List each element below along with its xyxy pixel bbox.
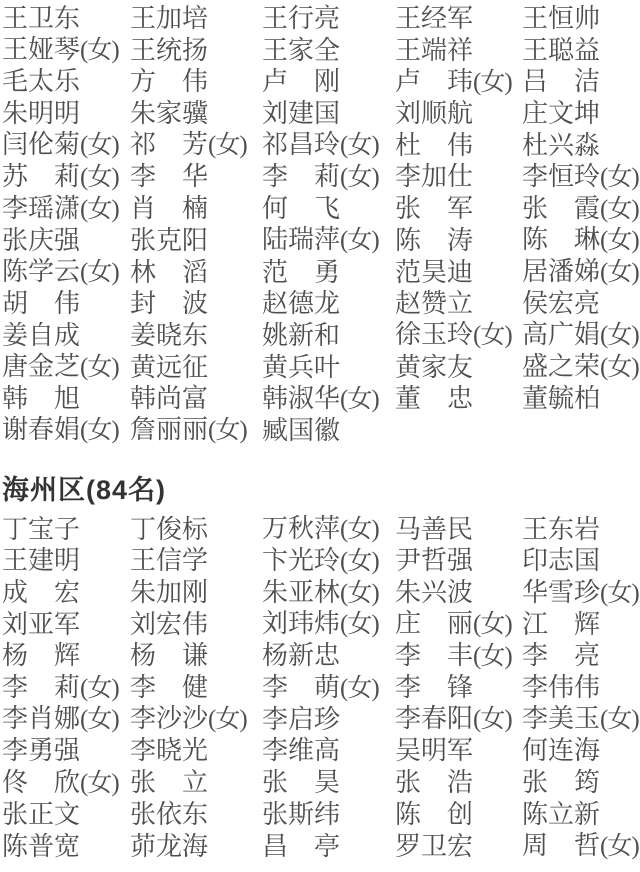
person-name: 何 飞 [262, 193, 340, 225]
person-name: 姚新和 [262, 320, 340, 352]
female-suffix: (女) [600, 196, 639, 223]
name-cell: 李 萌(女) [262, 672, 395, 705]
person-name: 李晓光 [130, 735, 208, 767]
person-name: 臧国徽 [262, 415, 340, 447]
female-suffix: (女) [208, 706, 247, 733]
person-name: 杜 伟 [395, 130, 473, 162]
person-name: 张 昊 [262, 767, 340, 799]
female-suffix: (女) [80, 675, 119, 702]
person-name: 林 滔 [130, 257, 208, 289]
name-cell: 韩淑华(女) [262, 383, 395, 416]
person-name: 王加培 [130, 3, 208, 35]
person-name: 李勇强 [2, 735, 80, 767]
name-cell: 李启珍 [262, 704, 395, 736]
person-name: 韩 旭 [2, 383, 80, 415]
name-cell: 盛之荣(女) [522, 351, 640, 384]
name-cell: 陈立新 [522, 799, 640, 831]
name-cell: 林 滔 [130, 257, 262, 289]
person-name: 董 忠 [395, 383, 473, 415]
person-name: 范 勇 [262, 257, 340, 289]
female-suffix: (女) [473, 322, 512, 349]
name-cell: 王娅琴(女) [2, 34, 130, 67]
female-suffix: (女) [208, 132, 247, 159]
person-name: 吕 洁 [522, 66, 600, 98]
female-suffix: (女) [208, 417, 247, 444]
person-name: 王恒帅 [522, 3, 600, 35]
person-name: 周 哲 [522, 830, 600, 862]
name-cell: 朱明明 [2, 98, 130, 130]
person-name: 李 莉 [262, 161, 340, 193]
female-suffix: (女) [473, 611, 512, 638]
person-name: 李伟伟 [522, 672, 600, 704]
person-name: 何连海 [522, 735, 600, 767]
person-name: 王端祥 [395, 35, 473, 67]
person-name: 丁宝子 [2, 514, 80, 546]
name-cell: 王行亮 [262, 3, 395, 35]
name-cell: 黄家友 [395, 352, 522, 384]
female-suffix: (女) [340, 227, 379, 254]
name-cell: 王卫东 [2, 3, 130, 35]
person-name: 詹丽丽 [130, 414, 208, 446]
name-cell: 朱亚林(女) [262, 577, 395, 610]
name-cell: 茆龙海 [130, 831, 262, 863]
name-cell: 王加培 [130, 3, 262, 35]
name-cell: 李 健 [130, 672, 262, 704]
name-cell: 侯宏亮 [522, 288, 640, 320]
person-name: 王信学 [130, 545, 208, 577]
person-name: 张正文 [2, 799, 80, 831]
person-name: 黄远征 [130, 352, 208, 384]
name-cell: 陈普宽 [2, 831, 130, 863]
name-cell: 刘宏伟 [130, 609, 262, 641]
name-cell: 周 哲(女) [522, 830, 640, 863]
person-name: 姜自成 [2, 320, 80, 352]
person-name: 卞光玲 [262, 545, 340, 577]
person-name: 杨 谦 [130, 640, 208, 672]
name-cell: 封 波 [130, 288, 262, 320]
female-suffix: (女) [600, 164, 639, 191]
name-cell: 董毓柏 [522, 383, 640, 415]
name-cell: 何 飞 [262, 193, 395, 225]
female-suffix: (女) [340, 516, 379, 543]
female-suffix: (女) [80, 37, 119, 64]
name-cell: 马善民 [395, 514, 522, 546]
female-suffix: (女) [340, 164, 379, 191]
name-cell: 李沙沙(女) [130, 703, 262, 736]
person-name: 陈 创 [395, 799, 473, 831]
person-name: 韩淑华 [262, 383, 340, 415]
name-cell: 庄文坤 [522, 98, 640, 130]
female-suffix: (女) [600, 580, 639, 607]
person-name: 万秋萍 [262, 513, 340, 545]
name-cell: 高广娟(女) [522, 319, 640, 352]
name-cell: 李恒玲(女) [522, 161, 640, 194]
person-name: 毛太乐 [2, 66, 80, 98]
name-cell: 尹哲强 [395, 545, 522, 577]
name-cell: 佟 欣(女) [2, 767, 130, 800]
name-cell: 杨 辉 [2, 640, 130, 672]
person-name: 朱加刚 [130, 577, 208, 609]
name-cell: 陆瑞萍(女) [262, 224, 395, 257]
person-name: 王家全 [262, 35, 340, 67]
name-cell: 王建明 [2, 545, 130, 577]
person-name: 朱亚林 [262, 577, 340, 609]
name-cell: 陈 琳(女) [522, 224, 640, 257]
person-name: 张 立 [130, 767, 208, 799]
name-cell: 张庆强 [2, 225, 130, 257]
name-cell: 王恒帅 [522, 3, 640, 35]
name-cell: 卢 刚 [262, 66, 395, 98]
name-cell: 李勇强 [2, 735, 130, 767]
person-name: 罗卫宏 [395, 831, 473, 863]
person-name: 刘宏伟 [130, 609, 208, 641]
person-name: 杨新忠 [262, 640, 340, 672]
person-name: 张依东 [130, 799, 208, 831]
person-name: 张 军 [395, 193, 473, 225]
section-heading-haizhou: 海州区(84名) [2, 474, 640, 506]
person-name: 王聪益 [522, 35, 600, 67]
name-cell: 陈 涛 [395, 225, 522, 257]
female-suffix: (女) [80, 417, 119, 444]
person-name: 茆龙海 [130, 831, 208, 863]
person-name: 范昊迪 [395, 257, 473, 289]
name-cell: 卞光玲(女) [262, 545, 395, 578]
person-name: 李 锋 [395, 672, 473, 704]
person-name: 盛之荣 [522, 351, 600, 383]
name-cell: 杜 伟 [395, 130, 522, 162]
name-cell: 胡 伟 [2, 288, 130, 320]
name-cell: 黄远征 [130, 352, 262, 384]
person-name: 李美玉 [522, 703, 600, 735]
name-cell: 肖 楠 [130, 193, 262, 225]
name-cell: 王经军 [395, 3, 522, 35]
name-list-haizhou: 丁宝子丁俊标万秋萍(女)马善民王东岩王建明王信学卞光玲(女)尹哲强印志国成 宏朱… [2, 514, 640, 863]
person-name: 肖 楠 [130, 193, 208, 225]
person-name: 杨 辉 [2, 640, 80, 672]
female-suffix: (女) [80, 164, 119, 191]
name-cell: 祁 芳(女) [130, 129, 262, 162]
name-cell: 朱加刚 [130, 577, 262, 609]
name-cell: 张 昊 [262, 767, 395, 799]
person-name: 刘亚军 [2, 609, 80, 641]
name-cell: 李 莉(女) [262, 161, 395, 194]
person-name: 李 华 [130, 161, 208, 193]
female-suffix: (女) [340, 386, 379, 413]
name-cell: 李瑶潇(女) [2, 193, 130, 226]
person-name: 陈 涛 [395, 225, 473, 257]
name-cell: 李维高 [262, 735, 395, 767]
name-cell: 徐玉玲(女) [395, 319, 522, 352]
person-name: 华雪珍 [522, 577, 600, 609]
name-cell: 范昊迪 [395, 257, 522, 289]
name-cell: 王信学 [130, 545, 262, 577]
person-name: 李肖娜 [2, 703, 80, 735]
name-cell: 李 亮 [522, 640, 640, 672]
female-suffix: (女) [340, 611, 379, 638]
person-name: 徐玉玲 [395, 319, 473, 351]
female-suffix: (女) [600, 706, 639, 733]
name-cell: 朱家骥 [130, 98, 262, 130]
name-cell: 昌 亭 [262, 831, 395, 863]
name-cell: 张正文 [2, 799, 130, 831]
person-name: 侯宏亮 [522, 288, 600, 320]
person-name: 李维高 [262, 735, 340, 767]
person-name: 陈学云 [2, 256, 80, 288]
person-name: 李加仕 [395, 161, 473, 193]
name-cell: 范 勇 [262, 257, 395, 289]
female-suffix: (女) [80, 770, 119, 797]
person-name: 王东岩 [522, 514, 600, 546]
female-suffix: (女) [600, 259, 639, 286]
name-cell: 李加仕 [395, 161, 522, 193]
name-cell: 王东岩 [522, 514, 640, 546]
name-cell: 唐金芝(女) [2, 351, 130, 384]
name-cell: 成 宏 [2, 577, 130, 609]
person-name: 董毓柏 [522, 383, 600, 415]
female-suffix: (女) [80, 196, 119, 223]
name-cell: 李 丰(女) [395, 640, 522, 673]
name-cell: 李晓光 [130, 735, 262, 767]
person-name: 庄 丽 [395, 608, 473, 640]
person-name: 刘顺航 [395, 98, 473, 130]
person-name: 李春阳 [395, 703, 473, 735]
name-cell: 姜晓东 [130, 320, 262, 352]
name-cell: 张 立 [130, 767, 262, 799]
person-name: 陈普宽 [2, 831, 80, 863]
person-name: 张斯纬 [262, 799, 340, 831]
person-name: 张 霞 [522, 193, 600, 225]
name-cell: 张 浩 [395, 767, 522, 799]
person-name: 李恒玲 [522, 161, 600, 193]
person-name: 卢 刚 [262, 66, 340, 98]
name-cell: 赵赞立 [395, 288, 522, 320]
person-name: 王娅琴 [2, 34, 80, 66]
name-cell: 吴明军 [395, 735, 522, 767]
person-name: 王建明 [2, 545, 80, 577]
name-cell: 刘顺航 [395, 98, 522, 130]
female-suffix: (女) [473, 643, 512, 670]
name-cell: 王家全 [262, 35, 395, 67]
name-cell: 黄兵叶 [262, 352, 395, 384]
name-cell: 刘亚军 [2, 609, 130, 641]
name-cell: 印志国 [522, 545, 640, 577]
name-cell: 张克阳 [130, 225, 262, 257]
person-name: 卢 玮 [395, 66, 473, 98]
person-name: 陈立新 [522, 799, 600, 831]
name-cell: 李美玉(女) [522, 703, 640, 736]
female-suffix: (女) [600, 227, 639, 254]
person-name: 张 浩 [395, 767, 473, 799]
person-name: 黄兵叶 [262, 352, 340, 384]
person-name: 刘建国 [262, 98, 340, 130]
name-cell: 张 军 [395, 193, 522, 225]
name-cell: 杜兴淼 [522, 130, 640, 162]
name-cell: 李肖娜(女) [2, 703, 130, 736]
name-cell: 卢 玮(女) [395, 66, 522, 99]
person-name: 方 伟 [130, 66, 208, 98]
person-name: 封 波 [130, 288, 208, 320]
name-cell: 丁俊标 [130, 514, 262, 546]
female-suffix: (女) [340, 548, 379, 575]
name-cell: 万秋萍(女) [262, 513, 395, 546]
name-cell: 陈 创 [395, 799, 522, 831]
name-cell: 韩尚富 [130, 383, 262, 415]
name-cell: 张依东 [130, 799, 262, 831]
person-name: 张 筠 [522, 767, 600, 799]
person-name: 祁 芳 [130, 129, 208, 161]
person-name: 赵赞立 [395, 288, 473, 320]
name-cell: 王统扬 [130, 35, 262, 67]
person-name: 祁昌玲 [262, 129, 340, 161]
name-cell: 李 莉(女) [2, 672, 130, 705]
name-cell: 李 锋 [395, 672, 522, 704]
person-name: 黄家友 [395, 352, 473, 384]
name-cell: 毛太乐 [2, 66, 130, 98]
person-name: 尹哲强 [395, 545, 473, 577]
name-cell: 张 筠 [522, 767, 640, 799]
name-cell: 罗卫宏 [395, 831, 522, 863]
person-name: 李 萌 [262, 672, 340, 704]
name-list-continued: 王卫东王加培王行亮王经军王恒帅王娅琴(女)王统扬王家全王端祥王聪益毛太乐方 伟卢… [2, 3, 640, 447]
name-cell: 陈学云(女) [2, 256, 130, 289]
person-name: 苏 莉 [2, 161, 80, 193]
person-name: 吴明军 [395, 735, 473, 767]
name-cell: 李春阳(女) [395, 703, 522, 736]
person-name: 李 健 [130, 672, 208, 704]
person-name: 高广娟 [522, 319, 600, 351]
name-cell: 李 华 [130, 161, 262, 193]
person-name: 韩尚富 [130, 383, 208, 415]
name-cell: 詹丽丽(女) [130, 414, 262, 447]
person-name: 庄文坤 [522, 98, 600, 130]
person-name: 李 莉 [2, 672, 80, 704]
person-name: 闫伦菊 [2, 129, 80, 161]
name-cell: 王聪益 [522, 35, 640, 67]
name-cell: 刘玮炜(女) [262, 608, 395, 641]
name-cell: 王端祥 [395, 35, 522, 67]
female-suffix: (女) [340, 675, 379, 702]
person-name: 刘玮炜 [262, 608, 340, 640]
name-cell: 何连海 [522, 735, 640, 767]
person-name: 朱兴波 [395, 577, 473, 609]
name-cell: 江 辉 [522, 609, 640, 641]
name-cell: 谢春娟(女) [2, 414, 130, 447]
person-name: 杜兴淼 [522, 130, 600, 162]
person-name: 谢春娟 [2, 414, 80, 446]
person-name: 王行亮 [262, 3, 340, 35]
name-cell: 韩 旭 [2, 383, 130, 415]
person-name: 李 丰 [395, 640, 473, 672]
person-name: 张克阳 [130, 225, 208, 257]
name-cell: 闫伦菊(女) [2, 129, 130, 162]
person-name: 陈 琳 [522, 224, 600, 256]
person-name: 李启珍 [262, 704, 340, 736]
name-cell: 刘建国 [262, 98, 395, 130]
person-name: 李 亮 [522, 640, 600, 672]
person-name: 王卫东 [2, 3, 80, 35]
document-page: 王卫东王加培王行亮王经军王恒帅王娅琴(女)王统扬王家全王端祥王聪益毛太乐方 伟卢… [0, 0, 640, 862]
name-cell: 张 霞(女) [522, 193, 640, 226]
person-name: 佟 欣 [2, 767, 80, 799]
female-suffix: (女) [473, 69, 512, 96]
person-name: 丁俊标 [130, 514, 208, 546]
person-name: 居潘娣 [522, 256, 600, 288]
person-name: 印志国 [522, 545, 600, 577]
name-cell: 赵德龙 [262, 288, 395, 320]
female-suffix: (女) [80, 132, 119, 159]
person-name: 张庆强 [2, 225, 80, 257]
name-cell: 姚新和 [262, 320, 395, 352]
female-suffix: (女) [80, 354, 119, 381]
name-cell: 朱兴波 [395, 577, 522, 609]
name-cell: 苏 莉(女) [2, 161, 130, 194]
name-cell: 杨新忠 [262, 640, 395, 672]
female-suffix: (女) [340, 580, 379, 607]
name-cell: 姜自成 [2, 320, 130, 352]
name-cell: 吕 洁 [522, 66, 640, 98]
female-suffix: (女) [600, 354, 639, 381]
name-cell: 祁昌玲(女) [262, 129, 395, 162]
name-cell: 张斯纬 [262, 799, 395, 831]
female-suffix: (女) [340, 132, 379, 159]
name-cell: 庄 丽(女) [395, 608, 522, 641]
name-cell: 华雪珍(女) [522, 577, 640, 610]
female-suffix: (女) [600, 322, 639, 349]
person-name: 王统扬 [130, 35, 208, 67]
person-name: 李沙沙 [130, 703, 208, 735]
person-name: 陆瑞萍 [262, 224, 340, 256]
person-name: 赵德龙 [262, 288, 340, 320]
name-cell: 董 忠 [395, 383, 522, 415]
person-name: 王经军 [395, 3, 473, 35]
person-name: 朱明明 [2, 98, 80, 130]
person-name: 唐金芝 [2, 351, 80, 383]
name-cell: 杨 谦 [130, 640, 262, 672]
female-suffix: (女) [80, 259, 119, 286]
female-suffix: (女) [80, 706, 119, 733]
female-suffix: (女) [473, 706, 512, 733]
name-cell: 方 伟 [130, 66, 262, 98]
name-cell: 臧国徽 [262, 415, 395, 447]
person-name: 昌 亭 [262, 831, 340, 863]
person-name: 江 辉 [522, 609, 600, 641]
person-name: 胡 伟 [2, 288, 80, 320]
person-name: 朱家骥 [130, 98, 208, 130]
person-name: 成 宏 [2, 577, 80, 609]
person-name: 姜晓东 [130, 320, 208, 352]
person-name: 马善民 [395, 514, 473, 546]
person-name: 李瑶潇 [2, 193, 80, 225]
name-cell: 居潘娣(女) [522, 256, 640, 289]
female-suffix: (女) [600, 833, 639, 860]
name-cell: 李伟伟 [522, 672, 640, 704]
name-cell: 丁宝子 [2, 514, 130, 546]
